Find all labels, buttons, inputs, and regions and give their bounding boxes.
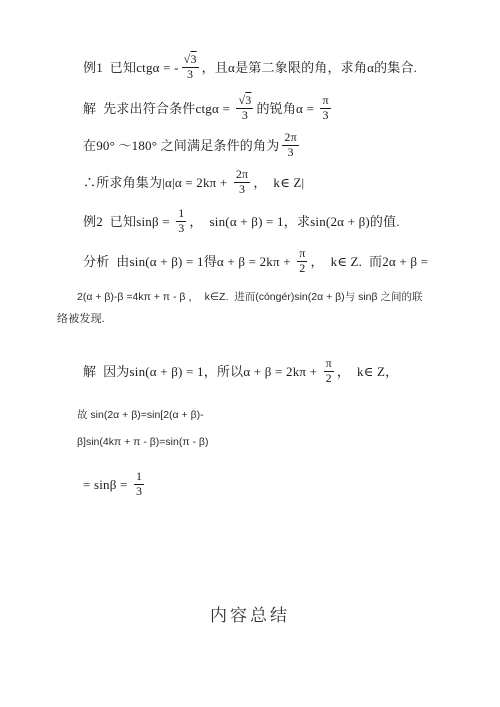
math-line-solution2: 解 因为sin(α + β) = 1，所以α + β = 2kπ + π2， k… — [83, 357, 398, 386]
radicand: 3 — [245, 93, 251, 107]
math-line-example2: 例2 已知sinβ = 13， sin(α + β) = 1，求sin(2α +… — [83, 207, 400, 236]
fraction: π2 — [297, 247, 307, 276]
math-line-analysis: 分析 由sin(α + β) = 1得α + β = 2kπ + π2， k∈ … — [83, 247, 428, 276]
math-line-derivation-1: 故 sin(2α + β)=sin[2(α + β)- — [77, 409, 204, 422]
radicand: 3 — [190, 52, 196, 66]
document-page: 例1 已知ctgα = -√33，且α是第二象限的角，求角α的集合. 解 先求出… — [0, 0, 500, 707]
text-run: ， k∈ Z| — [253, 175, 304, 191]
text-run: ， k∈ Z. 而2α + β = — [310, 254, 428, 270]
text-run: 解 先求出符合条件ctgα = — [83, 101, 233, 117]
fraction: 2π3 — [234, 168, 250, 197]
text-run: ，且α是第二象限的角，求角α的集合. — [202, 60, 417, 76]
text-run: β]sin(4kπ + π - β)=sin(π - β) — [77, 436, 208, 449]
text-run: ， sin(α + β) = 1，求sin(2α + β)的值. — [189, 214, 399, 230]
text-run: 2(α + β)-β =4kπ + π - β ， k∈Z. 进而(cóngér… — [77, 291, 422, 304]
math-line-angle-range: 在90° ～180° 之间满足条件的角为2π3 — [83, 131, 302, 160]
math-line-result: = sinβ = 13 — [83, 470, 147, 499]
math-line-analysis-cont: 2(α + β)-β =4kπ + π - β ， k∈Z. 进而(cóngér… — [77, 291, 422, 304]
text-run: 解 因为sin(α + β) = 1，所以α + β = 2kπ + — [83, 364, 321, 380]
math-line-example1: 例1 已知ctgα = -√33，且α是第二象限的角，求角α的集合. — [83, 53, 417, 82]
text-run: 例2 已知sinβ = — [83, 214, 173, 230]
text-run: = sinβ = — [83, 477, 131, 493]
math-line-analysis-end: 络被发现. — [57, 313, 105, 326]
text-run: ∴所求角集为|α|α = 2kπ + — [83, 175, 231, 191]
summary-title: 内容总结 — [0, 601, 500, 626]
text-run: 的锐角α = — [256, 101, 317, 117]
fraction: π2 — [324, 357, 334, 386]
math-line-angle-set: ∴所求角集为|α|α = 2kπ + 2π3， k∈ Z| — [83, 168, 304, 197]
text-run: 故 sin(2α + β)=sin[2(α + β)- — [77, 409, 204, 422]
fraction: √33 — [182, 53, 199, 82]
fraction: 13 — [134, 470, 144, 499]
text-run: 络被发现. — [57, 313, 105, 326]
fraction: √33 — [236, 94, 253, 123]
text-run: 在90° ～180° 之间满足条件的角为 — [83, 138, 279, 154]
text-run: 例1 已知ctgα = - — [83, 60, 179, 76]
fraction: π3 — [320, 94, 330, 123]
text-run: ， k∈ Z， — [337, 364, 398, 380]
math-line-solution1: 解 先求出符合条件ctgα = √33的锐角α = π3 — [83, 94, 334, 123]
fraction: 2π3 — [282, 131, 298, 160]
text-run: 分析 由sin(α + β) = 1得α + β = 2kπ + — [83, 254, 294, 270]
math-line-derivation-2: β]sin(4kπ + π - β)=sin(π - β) — [77, 436, 208, 449]
fraction: 13 — [176, 207, 186, 236]
